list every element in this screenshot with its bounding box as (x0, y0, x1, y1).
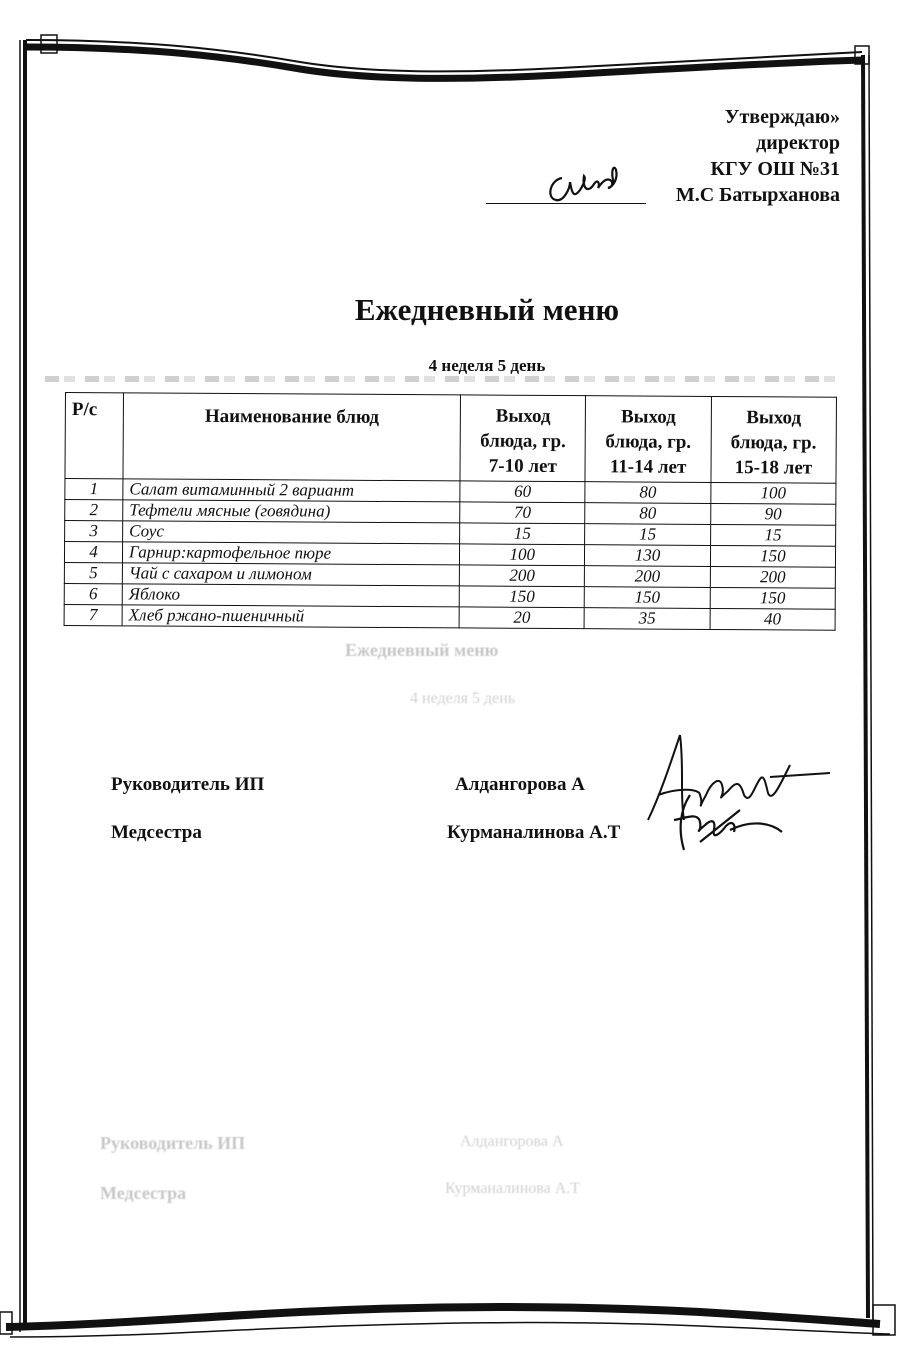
col-header-dish-name: Наименование блюд (123, 393, 461, 481)
yield-11-14: 80 (585, 482, 710, 504)
yield-15-18: 150 (710, 545, 835, 567)
header-line: блюда, гр. (592, 429, 704, 455)
approval-position: директор (676, 130, 840, 156)
show-through-head-name: Алдангорова А (460, 1133, 564, 1151)
yield-15-18: 150 (710, 587, 835, 609)
approval-block: Утверждаю» директор КГУ ОШ №31 М.С Батыр… (676, 104, 840, 208)
col-header-yield-15-18: Выход блюда, гр. 15-18 лет (711, 396, 837, 483)
table-row: 7 Хлеб ржано-пшеничный 20 35 40 (64, 604, 835, 630)
approval-organization: КГУ ОШ №31 (676, 156, 840, 182)
yield-11-14: 200 (585, 566, 710, 588)
yield-7-10: 150 (459, 586, 584, 608)
header-line: 15-18 лет (717, 455, 829, 481)
show-through-head-role: Руководитель ИП (100, 1133, 245, 1154)
dish-name: Чай с сахаром и лимоном (122, 563, 459, 586)
show-through-nurse-role: Медсестра (100, 1183, 186, 1204)
yield-11-14: 130 (585, 545, 710, 567)
row-number: 6 (64, 583, 122, 604)
head-name: Алдангорова А (455, 774, 585, 796)
nurse-signature (670, 790, 790, 860)
row-number: 4 (64, 542, 122, 563)
dish-name: Салат витаминный 2 вариант (123, 479, 460, 502)
document-subtitle: 4 неделя 5 день (0, 356, 924, 376)
show-through-title: Ежедневный меню (345, 640, 498, 661)
yield-7-10: 60 (460, 481, 585, 503)
header-line: Выход (717, 405, 829, 431)
dish-name: Соус (123, 521, 460, 544)
row-number: 5 (64, 562, 122, 583)
yield-7-10: 200 (459, 565, 584, 587)
yield-7-10: 100 (460, 544, 585, 566)
header-line: Выход (467, 403, 579, 429)
yield-15-18: 200 (710, 566, 835, 588)
show-through-nurse-name: Курманалинова А.Т (445, 1180, 580, 1198)
director-signature (540, 158, 640, 208)
yield-11-14: 150 (585, 587, 710, 609)
header-line: 7-10 лет (467, 453, 579, 479)
yield-15-18: 90 (710, 503, 835, 525)
col-header-number: Р/с (65, 393, 124, 479)
yield-11-14: 80 (585, 503, 710, 525)
head-signature (640, 725, 840, 860)
dish-name: Яблоко (122, 584, 459, 607)
dish-name: Гарнир:картофельное пюре (123, 542, 460, 565)
director-signature-line (486, 203, 646, 204)
approval-director-name: М.С Батырханова (676, 182, 840, 208)
yield-15-18: 40 (710, 608, 835, 630)
yield-11-14: 15 (585, 524, 710, 546)
dish-name: Тефтели мясные (говядина) (123, 500, 460, 523)
show-through-subtitle: 4 неделя 5 день (410, 690, 515, 708)
yield-7-10: 70 (460, 502, 585, 524)
table-header-row: Р/с Наименование блюд Выход блюда, гр. 7… (65, 393, 837, 484)
menu-table: Р/с Наименование блюд Выход блюда, гр. 7… (64, 392, 837, 631)
yield-7-10: 20 (459, 607, 584, 629)
header-line: Выход (592, 404, 704, 430)
yield-7-10: 15 (460, 523, 585, 545)
row-number: 1 (65, 479, 123, 500)
approval-line: Утверждаю» (676, 104, 840, 130)
row-number: 7 (64, 604, 122, 625)
col-header-yield-11-14: Выход блюда, гр. 11-14 лет (585, 396, 711, 483)
header-line: блюда, гр. (717, 430, 829, 456)
dish-name: Хлеб ржано-пшеничный (122, 605, 459, 628)
header-line: 11-14 лет (592, 454, 704, 480)
scan-artifact (45, 376, 845, 382)
head-role-label: Руководитель ИП (111, 774, 264, 796)
yield-15-18: 15 (710, 524, 835, 546)
row-number: 2 (65, 500, 123, 521)
row-number: 3 (65, 521, 123, 542)
yield-15-18: 100 (711, 482, 836, 504)
document-title: Ежедневный меню (0, 292, 924, 328)
col-header-yield-7-10: Выход блюда, гр. 7-10 лет (460, 395, 586, 482)
yield-11-14: 35 (584, 608, 709, 630)
header-line: блюда, гр. (467, 428, 579, 454)
nurse-role-label: Медсестра (111, 822, 202, 844)
nurse-name: Курманалинова А.Т (447, 822, 620, 844)
